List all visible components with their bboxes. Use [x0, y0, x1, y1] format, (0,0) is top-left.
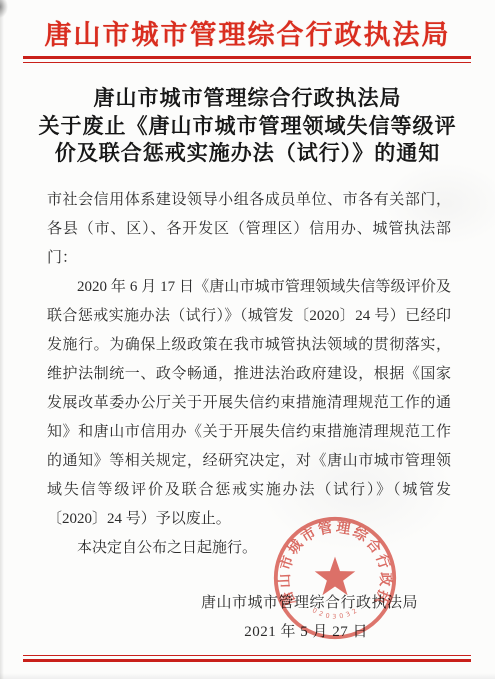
seal-star-icon [315, 557, 356, 596]
title-line-1: 唐山市城市管理综合行政执法局 [0, 85, 495, 113]
document-page: 唐山市城市管理综合行政执法局 唐山市城市管理综合行政执法局 关于废止《唐山市城市… [0, 0, 495, 679]
header-rule-thin [23, 62, 471, 63]
footer-rule-thick [23, 659, 471, 662]
document-body: 市社会信用体系建设领导小组各成员单位、市各有关部门，各县（市、区）、各开发区（管… [47, 186, 451, 563]
footer-rule-thin [23, 655, 471, 656]
salutation-paragraph: 市社会信用体系建设领导小组各成员单位、市各有关部门，各县（市、区）、各开发区（管… [47, 186, 451, 273]
document-title: 唐山市城市管理综合行政执法局 关于废止《唐山市城市管理领域失信等级评 价及联合惩… [0, 85, 495, 168]
svg-text:唐山市城市管理综合行政执法局: 唐山市城市管理综合行政执法局 [271, 514, 394, 608]
letterhead-agency-name: 唐山市城市管理综合行政执法局 [0, 13, 495, 52]
abolishment-paragraph: 2020 年 6 月 17 日《唐山市城市管理领域失信等级评价及联合惩戒实施办法… [47, 273, 451, 534]
svg-text:0203032: 0203032 [311, 605, 361, 620]
title-line-3: 价及联合惩戒实施办法（试行）》的通知 [0, 140, 495, 168]
seal-arc-text: 唐山市城市管理综合行政执法局 [271, 514, 394, 608]
seal-code: 0203032 [311, 605, 361, 620]
official-seal: 唐山市城市管理综合行政执法局 0203032 [271, 514, 399, 642]
title-line-2: 关于废止《唐山市城市管理领域失信等级评 [0, 113, 495, 141]
header-rule-thick [23, 56, 471, 59]
